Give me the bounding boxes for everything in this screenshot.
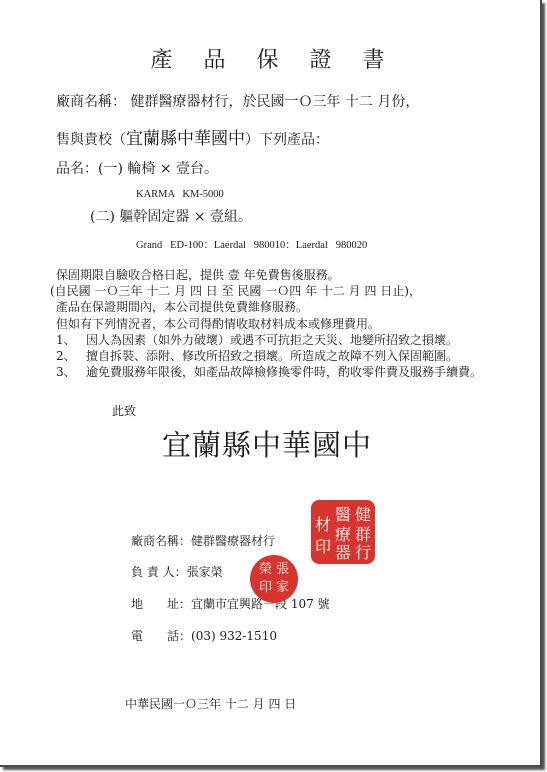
document-date: 中華民國一Ｏ三年 十二 月 四 日 [125,695,296,712]
exclusion-item: 3、逾免費服務年限後，如產品故障檢修換零件時，酌收零件費及服務手續費。 [56,363,482,380]
exclusion-item: 1、因人為因素（如外力破壞）或遇不可抗拒之天災、地變所招致之損壞。 [56,331,458,348]
product-1-label: 品名：(一) 輪椅 × 壹台。 [56,158,218,178]
vendor-name-label: 廠商名稱： [131,534,191,548]
exclusion-text: 逾免費服務年限後，如產品故障檢修換零件時，酌收零件費及服務手續費。 [86,365,482,379]
intro-prefix: 售與貴校（ [56,132,126,148]
exclusion-text: 因人為因素（如外力破壞）或遇不可抗拒之天災、地變所招致之損壞。 [86,333,458,347]
salutation: 此致 [112,402,136,419]
document-title: 產 品 保 證 書 [0,43,547,74]
vendor-name-value: 健群醫療器材行 [191,534,275,548]
product-2-label: (二) 軀幹固定器 × 壹組。 [90,206,252,226]
exclusion-text: 擅自拆裝、添附、修改所招致之損壞。所造成之故障不列入保固範圍。 [86,349,458,363]
vendor-owner-value: 張家榮 [187,565,223,579]
intro-suffix: ）下列產品： [245,132,329,148]
intro-line-1: 廠商名稱： 健群醫療器材行，於民國一Ｏ三年 十二 月份， [56,91,419,111]
exclusion-number: 2、 [56,347,86,364]
intro-school-name: 宜蘭縣中華國中 [126,129,245,149]
exclusion-number: 1、 [56,331,86,348]
owner-seal-stamp: 張 家 榮 印 [250,555,298,603]
vendor-address-row: 地 址：宜蘭市宜興路一段 107 號 [131,595,330,612]
warranty-line-4: 但如有下列情況者，本公司得酌情收取材料成本或修理費用。 [56,315,380,332]
vendor-phone-row: 電 話：(03) 932-1510 [131,627,277,644]
warranty-line-1: 保固期限自驗收合格日起，提供 壹 年免費售後服務。 [56,266,340,283]
warranty-period: (自民國 一Ｏ三年 十二 月 四 日 至 民國 一Ｏ四 年 十二 月 四 日止)… [50,282,421,299]
company-seal-stamp: 健 群 行 醫 療 器 材 印 [311,500,375,564]
exclusion-item: 2、擅自拆裝、添附、修改所招致之損壞。所造成之故障不列入保固範圍。 [56,347,458,364]
product-2-model: Grand ED-100：Laerdal 980010：Laerdal 9800… [136,237,367,252]
warranty-document-page: 產 品 保 證 書 廠商名稱： 健群醫療器材行，於民國一Ｏ三年 十二 月份， 售… [0,0,542,767]
exclusion-number: 3、 [56,363,86,380]
vendor-owner-row: 負 責 人：張家榮 [131,563,223,580]
vendor-name-row: 廠商名稱：健群醫療器材行 [131,532,275,549]
vendor-phone-value: (03) 932-1510 [191,629,277,643]
vendor-owner-label: 負 責 人： [131,565,187,579]
product-1-model: KARMA KM-5000 [136,189,224,200]
vendor-phone-label: 電 話： [131,629,191,643]
intro-line-2: 售與貴校（宜蘭縣中華國中）下列產品： [56,124,329,149]
warranty-line-3: 產品在保證期間內，本公司提供免費維修服務。 [56,298,308,315]
vendor-address-label: 地 址： [131,597,191,611]
recipient-name: 宜蘭縣中華國中 [162,423,372,464]
